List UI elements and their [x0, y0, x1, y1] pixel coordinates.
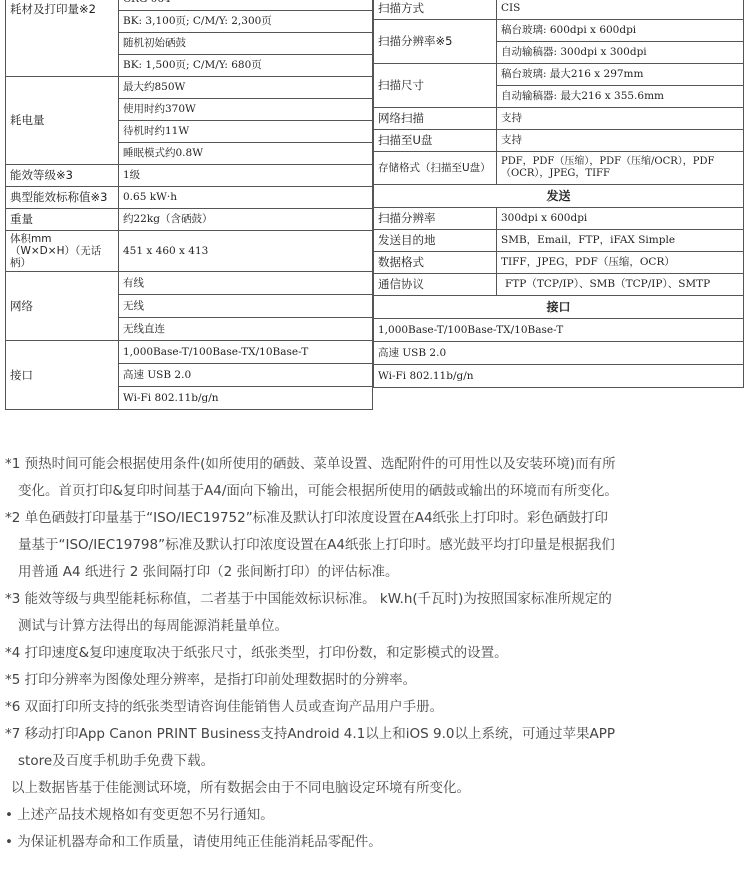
spec-label: 重量	[6, 209, 119, 231]
spec-value: 稿台玻璃: 600dpi x 600dpi	[497, 20, 744, 42]
footnotes: *1 预热时间可能会根据使用条件(如所使用的硒鼓、菜单设置、选配附件的可用性以及…	[5, 451, 745, 856]
spec-label: 扫描方式	[374, 0, 497, 20]
spec-value: 高速 USB 2.0	[374, 342, 744, 365]
table-row: 数据格式TIFF，JPEG，PDF（压缩，OCR）	[374, 252, 744, 274]
table-row: 耗电量最大约850W	[6, 77, 373, 99]
footnote-2: *2 单色硒鼓打印量基于“ISO/IEC19752”标准及默认打印浓度设置在A4…	[5, 505, 745, 586]
table-row: 网络有线	[6, 272, 373, 295]
spec-value: 稿台玻璃: 最大216 x 297mm	[497, 64, 744, 86]
spec-value: 1级	[119, 165, 373, 187]
send-section-header: 发送	[374, 185, 744, 208]
bullet-note-text: • 上述产品技术规格如有变更恕不另行通知。	[5, 807, 274, 823]
spec-label: 扫描分辨率	[374, 208, 497, 230]
spec-label: 网络扫描	[374, 108, 497, 130]
footnote-text: *6 双面打印所支持的纸张类型请咨询佳能销售人员或查询产品用户手册。	[5, 699, 443, 715]
spec-label: 能效等级※3	[6, 165, 119, 187]
table-row: 重量约22kg（含硒鼓）	[6, 209, 373, 231]
spec-value: 451 x 460 x 413	[119, 231, 373, 272]
table-row: 扫描分辨率※5稿台玻璃: 600dpi x 600dpi	[374, 20, 744, 42]
spec-table-right: 扫描方式CIS 扫描分辨率※5稿台玻璃: 600dpi x 600dpi 自动输…	[373, 0, 744, 388]
spec-value: Wi-Fi 802.11b/g/n	[374, 365, 744, 388]
spec-value: Wi-Fi 802.11b/g/n	[119, 387, 373, 410]
footnote-5: *5 打印分辨率为图像处理分辨率，是指打印前处理数据时的分辨率。	[5, 667, 745, 694]
spec-value: 0.65 kW·h	[119, 187, 373, 209]
footnote-text-cont: 测试与计算方法得出的每周能源消耗量单位。	[5, 613, 745, 640]
table-row: 典型能效标称值※30.65 kW·h	[6, 187, 373, 209]
spec-label: 数据格式	[374, 252, 497, 274]
disclaimer: 以上数据皆基于佳能测试环境，所有数据会由于不同电脑设定环境有所变化。	[5, 775, 745, 802]
spec-value: 1,000Base-T/100Base-TX/10Base-T	[119, 341, 373, 364]
spec-label: 扫描分辨率※5	[374, 20, 497, 64]
spec-value: 高速 USB 2.0	[119, 364, 373, 387]
footnote-text-cont: 变化。首页打印&复印时间基于A4/面向下输出，可能会根据所使用的硒鼓或输出的环境…	[5, 478, 745, 505]
spec-value: 无线直连	[119, 318, 373, 341]
table-row: 扫描至U盘支持	[374, 130, 744, 152]
spec-value: 自动输稿器: 最大216 x 355.6mm	[497, 86, 744, 108]
spec-label: 耗电量	[6, 77, 119, 165]
table-row: 扫描尺寸稿台玻璃: 最大216 x 297mm	[374, 64, 744, 86]
table-row: 网络扫描支持	[374, 108, 744, 130]
table-row: 能效等级※31级	[6, 165, 373, 187]
spec-value: BK: 1,500页; C/M/Y: 680页	[119, 55, 373, 77]
disclaimer-text: 以上数据皆基于佳能测试环境，所有数据会由于不同电脑设定环境有所变化。	[11, 780, 470, 796]
spec-value: 使用时约370W	[119, 99, 373, 121]
footnote-text: *3 能效等级与典型能耗标称值，二者基于中国能效标识标准。 kW.h(千瓦时)为…	[5, 591, 612, 607]
spec-label: 接口	[6, 341, 119, 410]
spec-label: 典型能效标称值※3	[6, 187, 119, 209]
footnote-text-cont: 量基于“ISO/IEC19798”标准及默认打印浓度设置在A4纸张上打印时。感光…	[5, 532, 745, 559]
table-row: 发送目的地SMB，Email，FTP，iFAX Simple	[374, 230, 744, 252]
spec-value: 随机初始硒鼓	[119, 33, 373, 55]
spec-value: 无线	[119, 295, 373, 318]
spec-value: BK: 3,100页; C/M/Y: 2,300页	[119, 11, 373, 33]
spec-value: CIS	[497, 0, 744, 20]
footnote-text: *2 单色硒鼓打印量基于“ISO/IEC19752”标准及默认打印浓度设置在A4…	[5, 510, 608, 526]
spec-value: 自动输稿器: 300dpi x 300dpi	[497, 42, 744, 64]
footnote-7: *7 移动打印App Canon PRINT Business支持Android…	[5, 721, 745, 775]
spec-table-left: 耗材及打印量※2CRG 064 BK: 3,100页; C/M/Y: 2,300…	[5, 0, 373, 410]
spec-value: 最大约850W	[119, 77, 373, 99]
spec-value: FTP（TCP/IP）、SMB（TCP/IP）、SMTP	[497, 274, 744, 296]
spec-label: 扫描至U盘	[374, 130, 497, 152]
footnote-text: *1 预热时间可能会根据使用条件(如所使用的硒鼓、菜单设置、选配附件的可用性以及…	[5, 456, 616, 472]
spec-value: 支持	[497, 130, 744, 152]
footnote-text-cont: 用普通 A4 纸进行 2 张间隔打印（2 张间断打印）的评估标准。	[5, 559, 745, 586]
bullet-note-text: • 为保证机器寿命和工作质量，请使用纯正佳能消耗品零配件。	[5, 834, 382, 850]
spec-value: PDF，PDF（压缩），PDF（压缩/OCR），PDF（OCR），JPEG，TI…	[497, 152, 744, 185]
footnote-3: *3 能效等级与典型能耗标称值，二者基于中国能效标识标准。 kW.h(千瓦时)为…	[5, 586, 745, 640]
footnote-text: *4 打印速度&复印速度取决于纸张尺寸，纸张类型，打印份数，和定影模式的设置。	[5, 645, 508, 661]
section-header-row: 发送	[374, 185, 744, 208]
spec-value: 睡眠模式约0.8W	[119, 143, 373, 165]
spec-label: 耗材及打印量※2	[6, 0, 119, 77]
spec-value: 支持	[497, 108, 744, 130]
spec-label: 发送目的地	[374, 230, 497, 252]
footnote-text: *5 打印分辨率为图像处理分辨率，是指打印前处理数据时的分辨率。	[5, 672, 416, 688]
spec-value: 1,000Base-T/100Base-TX/10Base-T	[374, 319, 744, 342]
spec-value: 待机时约11W	[119, 121, 373, 143]
spec-value: TIFF，JPEG，PDF（压缩，OCR）	[497, 252, 744, 274]
bullet-note: • 为保证机器寿命和工作质量，请使用纯正佳能消耗品零配件。	[5, 829, 745, 856]
table-row: 扫描分辨率300dpi x 600dpi	[374, 208, 744, 230]
table-row: 体积mm （W×D×H）（无话柄）451 x 460 x 413	[6, 231, 373, 272]
spec-label: 体积mm （W×D×H）（无话柄）	[6, 231, 119, 272]
table-row: 通信协议FTP（TCP/IP）、SMB（TCP/IP）、SMTP	[374, 274, 744, 296]
table-row: 扫描方式CIS	[374, 0, 744, 20]
spec-value: SMB，Email，FTP，iFAX Simple	[497, 230, 744, 252]
table-row: Wi-Fi 802.11b/g/n	[374, 365, 744, 388]
spec-value: 有线	[119, 272, 373, 295]
spec-label: 网络	[6, 272, 119, 341]
spec-value: 约22kg（含硒鼓）	[119, 209, 373, 231]
spec-value: CRG 064	[119, 0, 373, 11]
interface-section-header: 接口	[374, 296, 744, 319]
bullet-note: • 上述产品技术规格如有变更恕不另行通知。	[5, 802, 745, 829]
spec-value: 300dpi x 600dpi	[497, 208, 744, 230]
spec-label: 通信协议	[374, 274, 497, 296]
table-row: 1,000Base-T/100Base-TX/10Base-T	[374, 319, 744, 342]
table-row: 存储格式（扫描至U盘）PDF，PDF（压缩），PDF（压缩/OCR），PDF（O…	[374, 152, 744, 185]
table-row: 高速 USB 2.0	[374, 342, 744, 365]
table-row: 耗材及打印量※2CRG 064	[6, 0, 373, 11]
section-header-row: 接口	[374, 296, 744, 319]
footnote-4: *4 打印速度&复印速度取决于纸张尺寸，纸张类型，打印份数，和定影模式的设置。	[5, 640, 745, 667]
footnote-text: *7 移动打印App Canon PRINT Business支持Android…	[5, 726, 615, 742]
spec-label: 扫描尺寸	[374, 64, 497, 108]
footnote-text-cont: store及百度手机助手免费下载。	[5, 748, 745, 775]
table-row: 接口1,000Base-T/100Base-TX/10Base-T	[6, 341, 373, 364]
footnote-6: *6 双面打印所支持的纸张类型请咨询佳能销售人员或查询产品用户手册。	[5, 694, 745, 721]
spec-label: 存储格式（扫描至U盘）	[374, 152, 497, 185]
footnote-1: *1 预热时间可能会根据使用条件(如所使用的硒鼓、菜单设置、选配附件的可用性以及…	[5, 451, 745, 505]
